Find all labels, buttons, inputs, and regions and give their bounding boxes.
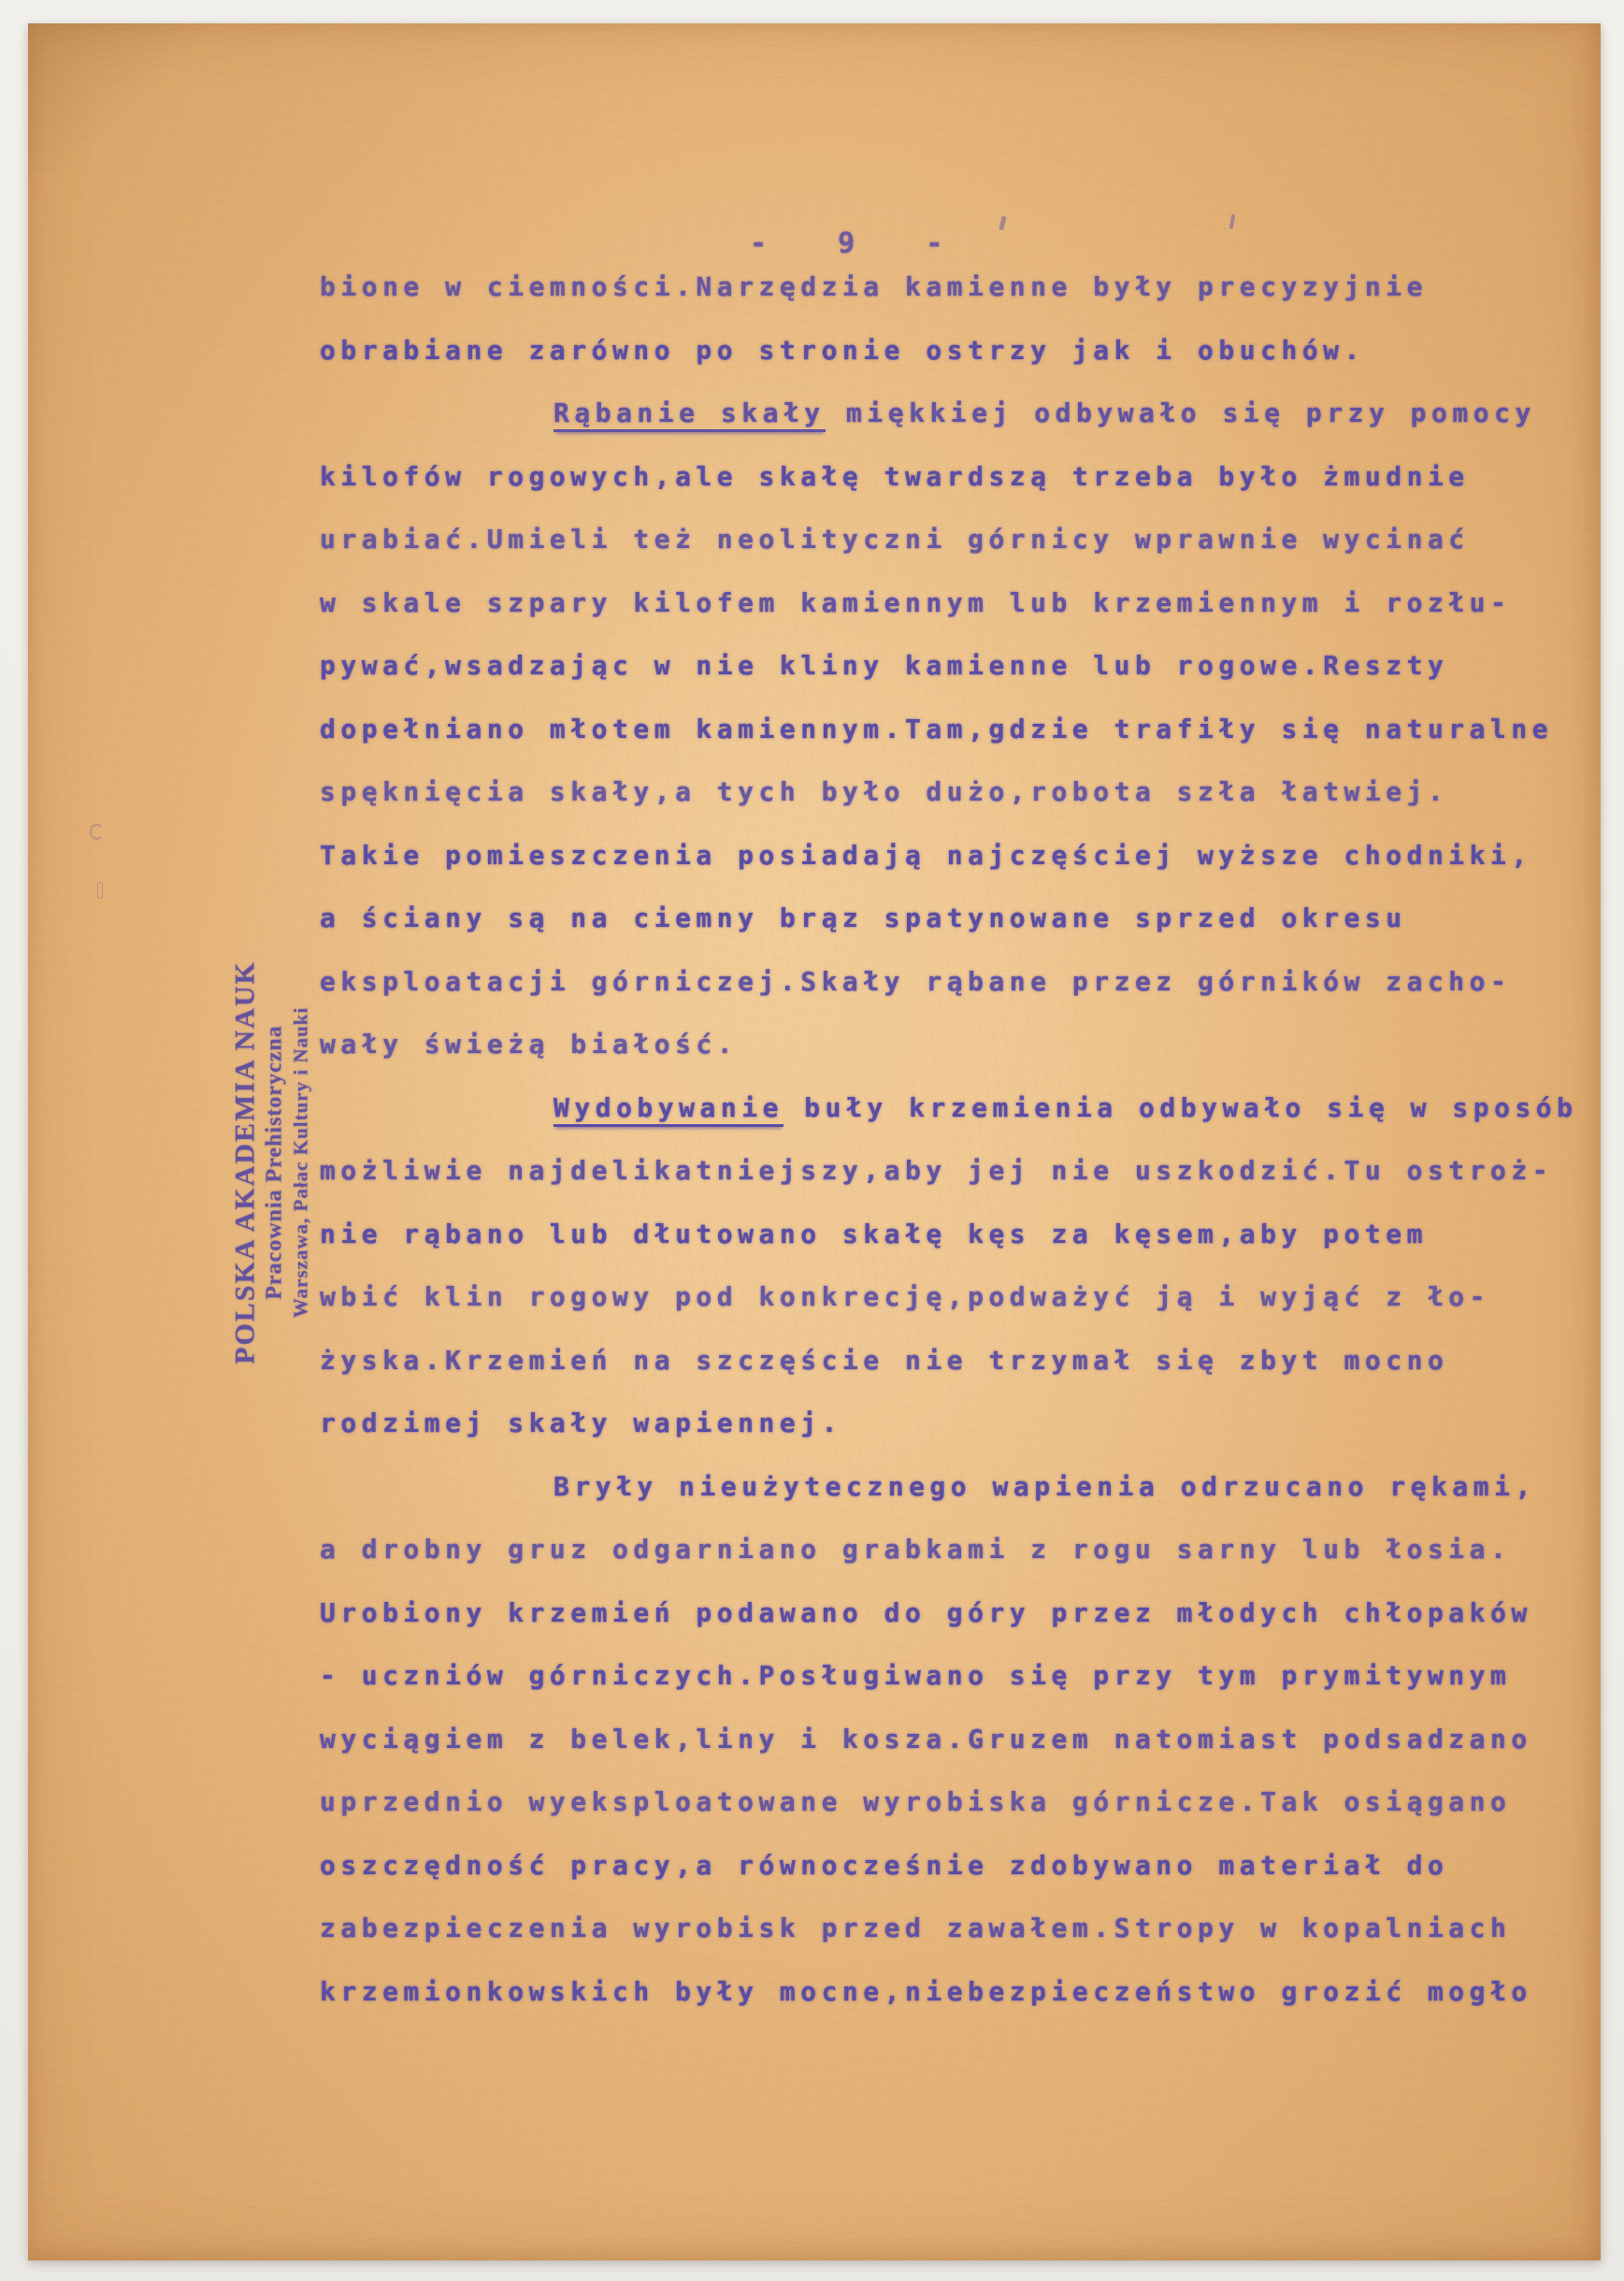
typewritten-line: wały świeżą białość. — [320, 1013, 1601, 1076]
text-segment: buły krzemienia odbywało się w sposób — [783, 1092, 1578, 1123]
typewritten-line: uprzednio wyeksploatowane wyrobiska górn… — [320, 1770, 1601, 1834]
text-segment: oszczędność pracy,a równocześnie zdobywa… — [320, 1850, 1448, 1881]
typewritten-line: możliwie najdelikatniejszy,aby jej nie u… — [320, 1139, 1601, 1203]
text-segment: urabiać.Umieli też neolityczni górnicy w… — [320, 524, 1470, 555]
text-segment: zabezpieczenia wyrobisk przed zawałem.St… — [320, 1913, 1511, 1943]
ink-speck — [999, 216, 1006, 231]
typewritten-line: Urobiony krzemień podawano do góry przez… — [320, 1581, 1601, 1645]
typewritten-line: rodzimej skały wapiennej. — [320, 1392, 1601, 1455]
margin-mark — [90, 824, 104, 840]
text-segment: bione w ciemności.Narzędzia kamienne był… — [320, 271, 1428, 302]
text-segment: Bryły nieużytecznego wapienia odrzucano … — [553, 1471, 1536, 1502]
text-segment: kilofów rogowych,ale skałę twardszą trze… — [320, 461, 1470, 492]
typewritten-line: - uczniów górniczych.Posługiwano się prz… — [320, 1644, 1601, 1708]
underlined-phrase: Wydobywanie — [553, 1092, 783, 1127]
text-segment: - uczniów górniczych.Posługiwano się prz… — [320, 1660, 1511, 1691]
text-segment: uprzednio wyeksploatowane wyrobiska górn… — [320, 1786, 1511, 1817]
typewritten-line: a drobny gruz odgarniano grabkami z rogu… — [320, 1518, 1601, 1581]
text-segment: eksploatacji górniczej.Skały rąbane prze… — [320, 966, 1511, 997]
typewritten-line: zabezpieczenia wyrobisk przed zawałem.St… — [320, 1897, 1601, 1960]
text-segment: wały świeżą białość. — [320, 1029, 738, 1060]
institution-stamp: POLSKA AKADEMIA NAUK Pracownia Prehistor… — [230, 960, 313, 1364]
typewritten-line: nie rąbano lub dłutowano skałę kęs za kę… — [320, 1203, 1601, 1266]
text-segment: możliwie najdelikatniejszy,aby jej nie u… — [320, 1155, 1553, 1186]
text-segment: a drobny gruz odgarniano grabkami z rogu… — [320, 1534, 1511, 1565]
underlined-phrase: Rąbanie skały — [553, 397, 826, 432]
typewritten-line: obrabiane zarówno po stronie ostrzy jak … — [320, 319, 1601, 383]
text-segment: pywać,wsadzając w nie kliny kamienne lub… — [320, 650, 1448, 681]
typewritten-line: spęknięcia skały,a tych było dużo,robota… — [320, 760, 1601, 824]
ink-speck — [1229, 214, 1236, 229]
text-segment: w skale szpary kilofem kamiennym lub krz… — [320, 587, 1511, 618]
text-segment: miękkiej odbywało się przy pomocy — [826, 397, 1536, 428]
text-segment: Urobiony krzemień podawano do góry przez… — [320, 1597, 1532, 1628]
typewritten-line: oszczędność pracy,a równocześnie zdobywa… — [320, 1834, 1601, 1898]
text-segment: krzemionkowskich były mocne,niebezpiecze… — [320, 1976, 1532, 2007]
stamp-address: Warszawa, Pałac Kultury i Nauki — [289, 960, 313, 1364]
typewritten-line: wyciągiem z belek,liny i kosza.Gruzem na… — [320, 1708, 1601, 1771]
text-segment: dopełniano młotem kamiennym.Tam,gdzie tr… — [320, 714, 1553, 744]
typewritten-line: wbić klin rogowy pod konkrecję,podważyć … — [320, 1265, 1601, 1329]
text-segment: żyska.Krzemień na szczęście nie trzymał … — [320, 1345, 1448, 1376]
text-segment: nie rąbano lub dłutowano skałę kęs za kę… — [320, 1219, 1428, 1249]
typewritten-line: eksploatacji górniczej.Skały rąbane prze… — [320, 950, 1601, 1014]
scanned-document: - 9 - POLSKA AKADEMIA NAUK Pracownia Pre… — [0, 0, 1624, 2281]
paper-sheet: - 9 - POLSKA AKADEMIA NAUK Pracownia Pre… — [28, 23, 1601, 2260]
typewritten-line: Wydobywanie buły krzemienia odbywało się… — [320, 1076, 1601, 1140]
typewritten-line: Takie pomieszczenia posiadają najczęście… — [320, 824, 1601, 888]
text-segment: spęknięcia skały,a tych było dużo,robota… — [320, 776, 1448, 807]
typewritten-line: dopełniano młotem kamiennym.Tam,gdzie tr… — [320, 698, 1601, 761]
typewritten-line: pywać,wsadzając w nie kliny kamienne lub… — [320, 634, 1601, 698]
typewritten-line: w skale szpary kilofem kamiennym lub krz… — [320, 571, 1601, 635]
text-segment: rodzimej skały wapiennej. — [320, 1408, 842, 1438]
typewritten-text-block: bione w ciemności.Narzędzia kamienne był… — [320, 255, 1601, 2023]
typewritten-line: a ściany są na ciemny brąz spatynowane s… — [320, 887, 1601, 950]
typewritten-line: Bryły nieużytecznego wapienia odrzucano … — [320, 1455, 1601, 1519]
text-segment: wbić klin rogowy pod konkrecję,podważyć … — [320, 1281, 1490, 1312]
typewritten-line: krzemionkowskich były mocne,niebezpiecze… — [320, 1960, 1601, 2024]
stamp-organization: POLSKA AKADEMIA NAUK — [230, 960, 262, 1364]
typewritten-line: kilofów rogowych,ale skałę twardszą trze… — [320, 445, 1601, 509]
margin-mark — [97, 882, 103, 899]
typewritten-line: żyska.Krzemień na szczęście nie trzymał … — [320, 1329, 1601, 1393]
text-segment: wyciągiem z belek,liny i kosza.Gruzem na… — [320, 1724, 1532, 1754]
typewritten-line: urabiać.Umieli też neolityczni górnicy w… — [320, 508, 1601, 571]
text-segment: obrabiane zarówno po stronie ostrzy jak … — [320, 335, 1365, 366]
text-segment: a ściany są na ciemny brąz spatynowane s… — [320, 902, 1407, 933]
text-segment: Takie pomieszczenia posiadają najczęście… — [320, 840, 1532, 871]
typewritten-line: Rąbanie skały miękkiej odbywało się przy… — [320, 382, 1601, 445]
stamp-department: Pracownia Prehistoryczna — [262, 960, 289, 1364]
typewritten-line: bione w ciemności.Narzędzia kamienne był… — [320, 255, 1601, 319]
